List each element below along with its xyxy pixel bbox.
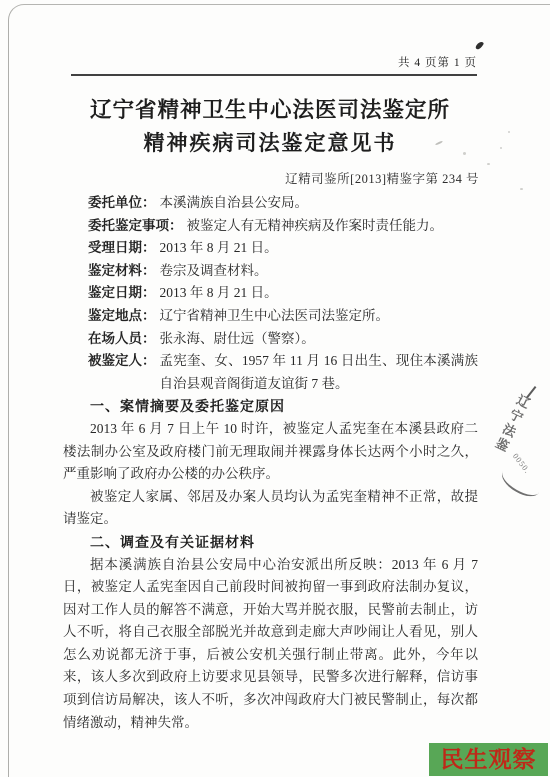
field-row-acceptance-date: 受理日期： 2013 年 8 月 21 日。 xyxy=(88,237,478,260)
section-2-heading: 二、调查及有关证据材料 xyxy=(90,531,478,554)
document-reference-number: 辽精司鉴所[2013]精鉴字第 234 号 xyxy=(71,169,479,187)
watermark-text: 民生观察 xyxy=(441,748,537,771)
field-row-commissioning-unit: 委托单位： 本溪满族自治县公安局。 xyxy=(88,192,478,215)
seal-fragment: 辽宁法鉴 0050. xyxy=(494,383,550,511)
document-body: 委托单位： 本溪满族自治县公安局。 委托鉴定事项： 被鉴定人有无精神疾病及作案时… xyxy=(63,192,478,734)
field-value: 被鉴定人有无精神疾病及作案时责任能力。 xyxy=(183,215,479,238)
document-title-line-1: 辽宁省精神卫生中心法医司法鉴定所 xyxy=(0,95,540,125)
field-label: 被鉴定人： xyxy=(88,350,156,395)
field-label: 委托单位： xyxy=(88,192,156,215)
field-label: 鉴定地点： xyxy=(88,305,156,328)
field-row-appraisal-date: 鉴定日期： 2013 年 8 月 21 日。 xyxy=(88,282,478,305)
field-label: 受理日期： xyxy=(88,237,156,260)
field-label: 在场人员： xyxy=(88,328,156,351)
scan-speckle xyxy=(520,188,523,190)
section-1-heading: 一、案情摘要及委托鉴定原因 xyxy=(90,395,478,418)
field-value: 辽宁省精神卫生中心法医司法鉴定所。 xyxy=(156,305,479,328)
seal-characters: 辽宁法鉴 xyxy=(494,391,534,457)
field-row-appraisal-materials: 鉴定材料： 卷宗及调查材料。 xyxy=(88,260,478,283)
field-value: 卷宗及调查材料。 xyxy=(156,260,479,283)
field-row-appraisal-location: 鉴定地点： 辽宁省精神卫生中心法医司法鉴定所。 xyxy=(88,305,478,328)
ink-mark xyxy=(475,40,484,50)
field-row-persons-present: 在场人员： 张永海、尉仕远（警察）。 xyxy=(88,328,478,351)
field-value: 张永海、尉仕远（警察）。 xyxy=(156,328,479,351)
scanned-document-page: 共 4 页第 1 页 辽宁省精神卫生中心法医司法鉴定所 精神疾病司法鉴定意见书 … xyxy=(0,0,550,777)
field-label: 鉴定材料： xyxy=(88,260,156,283)
field-row-appraisal-matter: 委托鉴定事项： 被鉴定人有无精神疾病及作案时责任能力。 xyxy=(88,215,478,238)
section-2-paragraph-1: 据本溪满族自治县公安局中心治安派出所反映：2013 年 6 月 7 日，被鉴定人… xyxy=(63,554,478,735)
field-row-appraised-person: 被鉴定人： 孟宪奎、女、1957 年 11 月 16 日出生、现住本溪满族自治县… xyxy=(88,350,478,395)
field-label: 鉴定日期： xyxy=(88,282,156,305)
field-label: 委托鉴定事项： xyxy=(88,215,183,238)
section-1-paragraph-1: 2013 年 6 月 7 日上午 10 时许，被鉴定人孟宪奎在本溪县政府二楼法制… xyxy=(63,418,478,486)
field-value: 2013 年 8 月 21 日。 xyxy=(156,237,479,260)
watermark-badge: 民生观察 xyxy=(429,743,548,776)
page-number-indicator: 共 4 页第 1 页 xyxy=(71,54,477,76)
scan-speckle xyxy=(487,163,490,165)
document-title-line-2: 精神疾病司法鉴定意见书 xyxy=(0,130,540,158)
document-title: 辽宁省精神卫生中心法医司法鉴定所 精神疾病司法鉴定意见书 xyxy=(0,95,540,158)
field-value: 2013 年 8 月 21 日。 xyxy=(156,282,479,305)
field-value: 本溪满族自治县公安局。 xyxy=(156,192,479,215)
field-value: 孟宪奎、女、1957 年 11 月 16 日出生、现住本溪满族自治县观音阁街道友… xyxy=(156,350,479,395)
section-1-paragraph-2: 被鉴定人家属、邻居及办案人员均认为孟宪奎精神不正常，故提请鉴定。 xyxy=(63,486,478,531)
